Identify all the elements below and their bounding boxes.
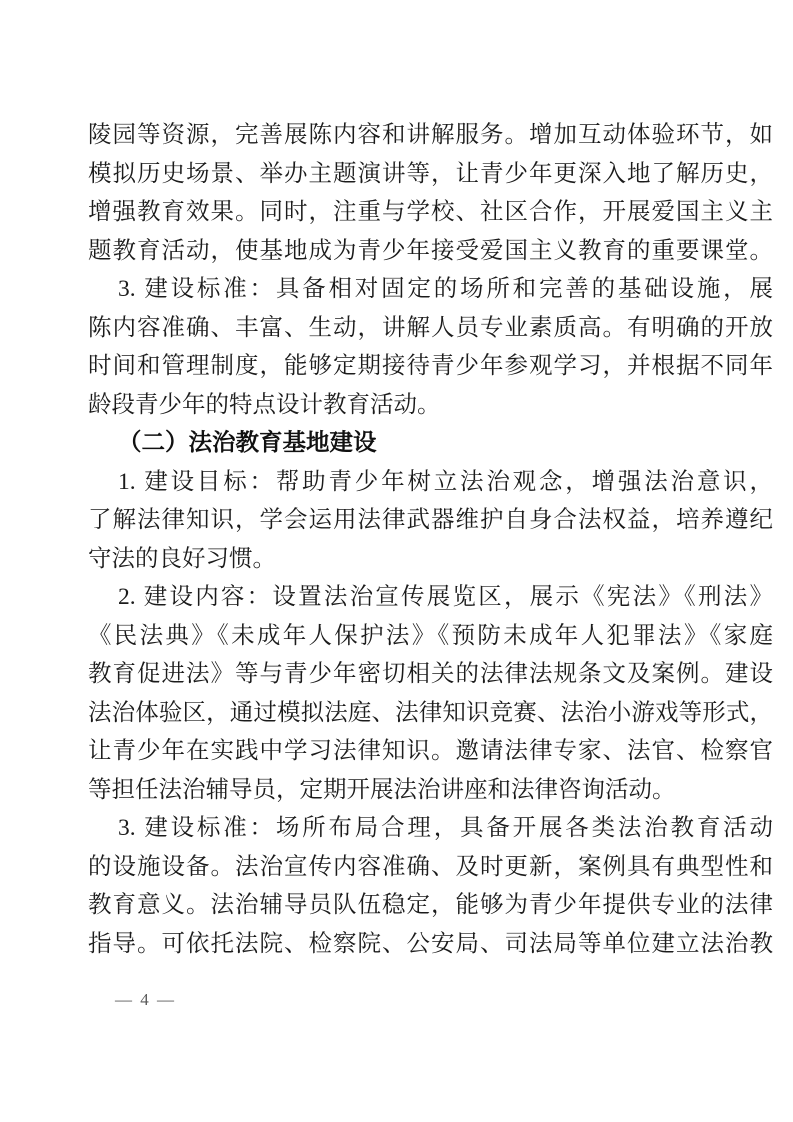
text-line: 3. 建设标准：场所布局合理，具备开展各类法治教育活动 [88, 809, 773, 848]
text-line: 等担任法治辅导员，定期开展法治讲座和法律咨询活动。 [88, 771, 773, 810]
page-number-footer: — 4 — [115, 988, 176, 1012]
paragraph: 3. 建设标准：场所布局合理，具备开展各类法治教育活动的设施设备。法治宣传内容准… [88, 809, 773, 963]
text-line: 陵园等资源，完善展陈内容和讲解服务。增加互动体验环节，如 [88, 116, 773, 155]
text-line: 了解法律知识，学会运用法律武器维护自身合法权益，培养遵纪 [88, 501, 773, 540]
paragraph: 陵园等资源，完善展陈内容和讲解服务。增加互动体验环节，如模拟历史场景、举办主题演… [88, 116, 773, 270]
text-line: 龄段青少年的特点设计教育活动。 [88, 386, 773, 425]
section-heading: （二）法治教育基地建设 [88, 424, 773, 463]
text-line: 守法的良好习惯。 [88, 540, 773, 579]
text-line: 让青少年在实践中学习法律知识。邀请法律专家、法官、检察官 [88, 732, 773, 771]
text-line: 《民法典》《未成年人保护法》《预防未成年人犯罪法》《家庭 [88, 617, 773, 656]
paragraph: 2. 建设内容：设置法治宣传展览区，展示《宪法》《刑法》《民法典》《未成年人保护… [88, 578, 773, 809]
section-heading-text: （二）法治教育基地建设 [88, 424, 773, 463]
text-line: 法治体验区，通过模拟法庭、法律知识竞赛、法治小游戏等形式， [88, 694, 773, 733]
text-line: 2. 建设内容：设置法治宣传展览区，展示《宪法》《刑法》 [88, 578, 773, 617]
document-body: 陵园等资源，完善展陈内容和讲解服务。增加互动体验环节，如模拟历史场景、举办主题演… [88, 116, 773, 963]
text-line: 题教育活动，使基地成为青少年接受爱国主义教育的重要课堂。 [88, 232, 773, 271]
text-line: 教育意义。法治辅导员队伍稳定，能够为青少年提供专业的法律 [88, 886, 773, 925]
paragraph: 3. 建设标准：具备相对固定的场所和完善的基础设施，展陈内容准确、丰富、生动，讲… [88, 270, 773, 424]
document-page: 陵园等资源，完善展陈内容和讲解服务。增加互动体验环节，如模拟历史场景、举办主题演… [0, 0, 793, 1122]
text-line: 模拟历史场景、举办主题演讲等，让青少年更深入地了解历史， [88, 155, 773, 194]
text-line: 时间和管理制度，能够定期接待青少年参观学习，并根据不同年 [88, 347, 773, 386]
paragraph: 1. 建设目标：帮助青少年树立法治观念，增强法治意识，了解法律知识，学会运用法律… [88, 463, 773, 579]
text-line: 1. 建设目标：帮助青少年树立法治观念，增强法治意识， [88, 463, 773, 502]
text-line: 陈内容准确、丰富、生动，讲解人员专业素质高。有明确的开放 [88, 309, 773, 348]
text-line: 教育促进法》等与青少年密切相关的法律法规条文及案例。建设 [88, 655, 773, 694]
text-line: 3. 建设标准：具备相对固定的场所和完善的基础设施，展 [88, 270, 773, 309]
text-line: 指导。可依托法院、检察院、公安局、司法局等单位建立法治教 [88, 925, 773, 964]
text-line: 的设施设备。法治宣传内容准确、及时更新，案例具有典型性和 [88, 848, 773, 887]
text-line: 增强教育效果。同时，注重与学校、社区合作，开展爱国主义主 [88, 193, 773, 232]
